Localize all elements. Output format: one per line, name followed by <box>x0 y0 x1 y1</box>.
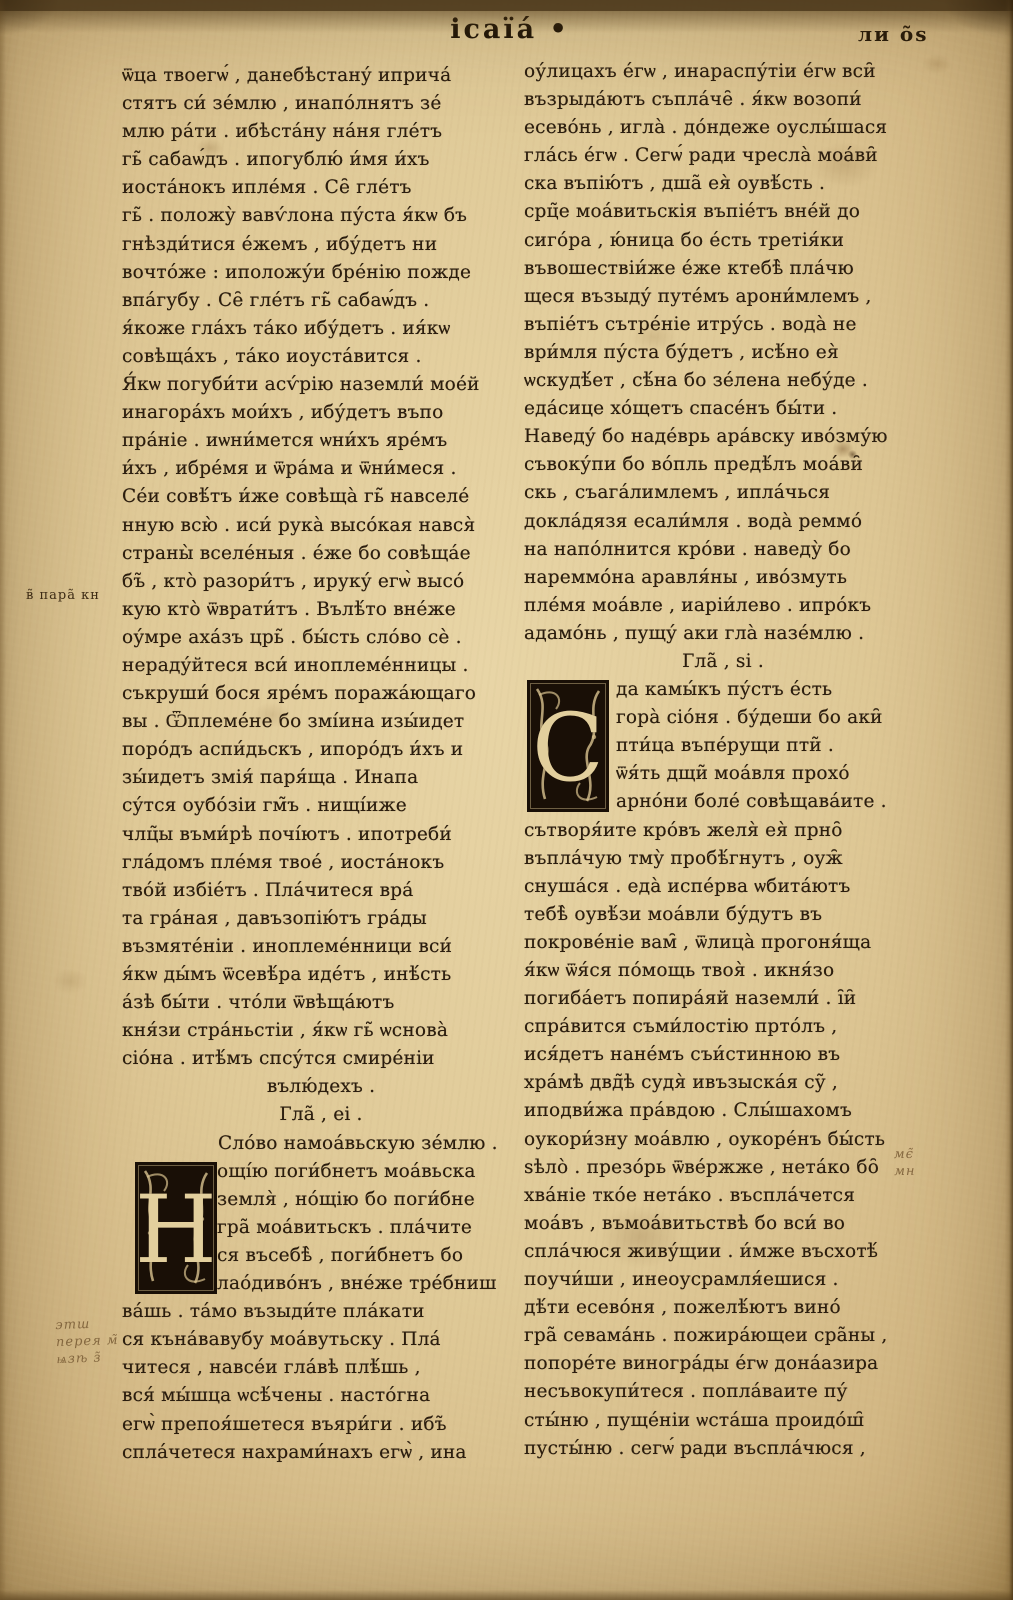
text-line: снуша́ся . еда̀ испе́рва ѡбита́ютъ <box>524 873 922 901</box>
text-line: зы́идетъ змія́ паря́ща . Инапа <box>122 764 520 792</box>
handwritten-note-line: перея м̃ <box>56 1332 119 1351</box>
text-line: пусты́ню . сегѡ́ ради въспла́чюся , <box>524 1435 922 1463</box>
text-line: впа́губу . Се̑ гле́тъ гь̃ сабаѡ́дъ . <box>122 287 520 315</box>
margin-note-handwritten-right: мє̃мн <box>894 1146 916 1180</box>
text-line: дѣ́ти есево́ня , пожелѣ́ютъ вино́ <box>524 1294 922 1322</box>
text-line: пра́ніе . иѡни́мется ѡни́хъ яре́мъ <box>122 427 520 455</box>
margin-note-printed: в̃ пара̃ кн <box>26 588 100 603</box>
text-line: гла́сь е́гѡ . Сегѡ́ ради чресла̀ моа́ви̑ <box>524 142 922 170</box>
paper-stain <box>52 968 88 994</box>
ornamental-initial-С: С <box>526 679 610 813</box>
text-line: сътворя́ите кро́въ желя̀ ея̀ прно̑ <box>524 817 922 845</box>
text-line: на напо́лнится кро́ви . наведу̀ бо <box>524 536 922 564</box>
text-line: въвошествіи́же е́же ктебѣ̀ пла́чю <box>524 255 922 283</box>
paper-stain <box>922 54 952 74</box>
text-line: сты́ню , пуще́ніи ѡста́ша проидо́ш̑ <box>524 1407 922 1435</box>
text-line: ся въсебѣ̀ , поги́бнетъ бо <box>217 1242 520 1270</box>
text-line: Се́и совѣ́тъ и́же совѣща̀ гь̃ навселе́ <box>122 483 520 511</box>
text-line: хра́мѣ двд̃ѣ судя̀ ивъзыска́я су̃ , <box>524 1069 922 1097</box>
text-line: адамо́нь , пущу́ аки гла̀ назе́млю . <box>524 620 922 648</box>
text-line: сиго́ра , ю́ница бо е́сть третія́ки <box>524 227 922 255</box>
text-line: тво́й избіе́тъ . Пла́читеся вра́ <box>122 877 520 905</box>
text-line: совѣща́хъ , та́ко иоуста́вится . <box>122 343 520 371</box>
text-line: ври́мля пу́ста бу́детъ , исѣ́но ея̀ <box>524 339 922 367</box>
text-line: Наведу́ бо наде́врь ара́вску иво́зму́ю <box>524 423 922 451</box>
text-line: щеся възыду́ путе́мъ арони́млемъ , <box>524 283 922 311</box>
text-line: тебѣ̀ оувѣ́зи моа́вли бу́дутъ въ <box>524 901 922 929</box>
right-text-column: оу́лицахъ е́гѡ , инараспу́тіи е́гѡ вси̑в… <box>524 58 922 1463</box>
margin-note-handwritten-left: этшперея м̃ѩзѣ з̃ <box>55 1315 119 1368</box>
text-line: нную всю̀ . иси́ рука̀ высо́кая нався̀ <box>122 512 520 540</box>
text-line: въпла́чую тму̀ пробѣ́гнутъ , оуж̑ <box>524 845 922 873</box>
text-line: читеся , навсе́и гла́вѣ плѣ́шь , <box>122 1354 520 1382</box>
text-line: поучи́ши , инеоусрамля́ешися . <box>524 1266 922 1294</box>
dropcap-lines: ощі́ю поги́бнетъ моа́вьсказемля̀ , но́щі… <box>217 1158 520 1298</box>
text-line: възрыда́ютъ съпла́че̑ . я́кѡ возопи́ <box>524 86 922 114</box>
text-line: егѡ̀ препоя́шетеся въяри́ги . ибъ̃ <box>122 1411 520 1439</box>
text-line: оу́лицахъ е́гѡ , инараспу́тіи е́гѡ вси̑ <box>524 58 922 86</box>
text-line: Сло́во намоа́вьскую зе́млю . <box>122 1130 520 1158</box>
text-line: срц̃е моа́витьскія въпіе́тъ вне́й до <box>524 198 922 226</box>
text-line: лао́диво́нъ , вне́же тре́бниш <box>217 1270 520 1298</box>
text-line: Гла̃ , ѕі . <box>524 648 922 676</box>
text-line: въпіе́тъ сътре́ніе итру́сь . вода̀ не <box>524 311 922 339</box>
ornamental-initial-art: С <box>526 679 610 813</box>
text-line: ся къна́вавубу моа́вутьску . Пла́ <box>122 1326 520 1354</box>
text-line: спла́четеся нахрами́нахъ егѡ̀ , ина <box>122 1439 520 1467</box>
text-line: я́кѡ ѿя́ся по́мощь твоя̀ . икня́зо <box>524 957 922 985</box>
text-line: да камы́къ пу́стъ е́сть <box>616 676 922 704</box>
page-edge-top-shadow <box>0 11 1013 33</box>
dropcap-lines: да камы́къ пу́стъ е́стьгора̀ сіо́ня . бу… <box>616 676 922 816</box>
text-line: гра̃ моа́витьскъ . пла́чите <box>217 1214 520 1242</box>
text-line: еда́сице хо́щетъ спасе́нъ бы́ти . <box>524 395 922 423</box>
text-line: иподви́жа пра́вдою . Слы́шахомъ <box>524 1097 922 1125</box>
text-line: ощі́ю поги́бнетъ моа́вьска <box>217 1158 520 1186</box>
svg-text:С: С <box>532 694 604 803</box>
text-line: я́коже гла́хъ та́ко ибу́детъ . ия́кѡ <box>122 315 520 343</box>
text-line: докла́дязя есали́мля . вода̀ реммо́ <box>524 508 922 536</box>
text-line: Я́кѡ погуби́ти асѵ́рію наземли́ мое́й <box>122 371 520 399</box>
text-line: млю ра́ти . ибѣста́ну на́ня гле́тъ <box>122 118 520 146</box>
text-line: попоре́те виногра́ды е́гѡ дона́азира <box>524 1350 922 1378</box>
text-line: гра̃ севама́нь . пожира́ющеи сра̃ны , <box>524 1322 922 1350</box>
page-edge-left <box>0 0 6 1600</box>
text-line: иоста́нокъ ипле́мя . Се̑ гле́тъ <box>122 174 520 202</box>
text-line: ѕѣло̀ . презо́рь ѿве́ржже , нета́ко бо̑ <box>524 1154 922 1182</box>
page-edge-bottom <box>0 1590 1013 1600</box>
text-line: су́тся оубо́зіи гм̃ъ . нищі́иже <box>122 792 520 820</box>
book-page: ісаїа́ • ли о̃ѕ ѿца твоегѡ́ , данебѣстан… <box>0 0 1013 1600</box>
text-line: поро́дъ аспи́дьскъ , ипоро́дъ и́хъ и <box>122 736 520 764</box>
text-line: та гра́ная , давъзопію́тъ гра́ды <box>122 905 520 933</box>
text-line: Гла̃ , еі . <box>122 1101 520 1129</box>
text-line: бъ̃ , кто̀ разори́тъ , ируку́ егѡ̀ высо́ <box>122 568 520 596</box>
text-line: погиба́етъ попира́яй наземли́ . і̑и̑ <box>524 985 922 1013</box>
text-line: инагора́хъ мои́хъ , ибу́детъ въпо <box>122 399 520 427</box>
text-line: есево́нь , игла̀ . до́ндеже оуслы́шася <box>524 114 922 142</box>
text-line: пти́ца въпе́рущи пти̃ . <box>616 732 922 760</box>
text-line: сіо́на . итѣ́мъ спсу́тся смире́ніи <box>122 1045 520 1073</box>
text-line: нареммо́на аравля́ны , иво́змуть <box>524 564 922 592</box>
text-line: възмяте́ніи . иноплеме́нници вси́ <box>122 933 520 961</box>
text-line: кня́зи стра́ньстіи , я́кѡ гь̃ ѡснова̀ <box>122 1017 520 1045</box>
text-line: вочто́же : иположу́и бре́нію пожде <box>122 259 520 287</box>
text-line: спра́вится съми́лостію прто́лъ , <box>524 1013 922 1041</box>
dropcap-paragraph: Сда камы́къ пу́стъ е́стьгора̀ сіо́ня . б… <box>524 676 922 816</box>
page-edge-top <box>0 0 1013 11</box>
text-line: арно́ни боле́ совѣщава́ите . <box>616 788 922 816</box>
text-line: нераду́йтеся вси́ иноплеме́нницы . <box>122 652 520 680</box>
text-line: я́кѡ ды́мъ ѿсевѣ́ра иде́тъ , инѣ́сть <box>122 961 520 989</box>
text-line: гнѣзди́тися е́жемъ , ибу́детъ ни <box>122 231 520 259</box>
text-line: вы . Ѿплеме́не бо змі́ина изы́идет <box>122 708 520 736</box>
handwritten-note-line: мє̃ <box>894 1146 916 1163</box>
text-line: ѡскудѣ́ет , сѣ́на бо зе́лена небу́де . <box>524 367 922 395</box>
text-line: а́зѣ бы́ти . что́ли ѿвѣща́ютъ <box>122 989 520 1017</box>
text-line: оукори́зну моа́влю , оукоре́нъ бы́сть <box>524 1126 922 1154</box>
text-line: гь̃ . положу̀ вавѵ́лона пу́ста я́кѡ бъ <box>122 202 520 230</box>
handwritten-note-line: ѩзѣ з̃ <box>56 1349 119 1368</box>
text-line: съвоку́пи бо во́пль предѣ́лъ моа́ви̑ <box>524 451 922 479</box>
text-line: члц̃ы въми́рѣ почі́ютъ . ипотреби́ <box>122 821 520 849</box>
text-line: и́хъ , ибре́мя и ѿра́ма и ѿни́меся . <box>122 455 520 483</box>
text-line: стятъ си́ зе́млю , инапо́лнятъ зе́ <box>122 90 520 118</box>
text-line: покрове́ніе вам̑ , ѿлица̀ прогоня́ща <box>524 929 922 957</box>
handwritten-note-line: мн <box>894 1163 916 1180</box>
text-line: ися́детъ нане́мъ съи́стинною въ <box>524 1041 922 1069</box>
left-text-column: ѿца твоегѡ́ , данебѣстану́ иприча́стятъ … <box>122 62 520 1467</box>
text-line: гора̀ сіо́ня . бу́деши бо аки̑ <box>616 704 922 732</box>
text-line: несъвокупи́теся . попла́ваите пу́ <box>524 1378 922 1406</box>
page-edge-right <box>1005 0 1013 1600</box>
ornamental-initial-art: Н <box>134 1161 218 1295</box>
text-line: гь̃ сабаѡ́дъ . ипогублю́ и́мя и́хъ <box>122 146 520 174</box>
text-line: гла́домъ пле́мя твое́ , иоста́нокъ <box>122 849 520 877</box>
page-corner-shadow <box>943 0 1013 40</box>
ornamental-initial-Н: Н <box>134 1161 218 1295</box>
dropcap-paragraph: Нощі́ю поги́бнетъ моа́вьсказемля̀ , но́щ… <box>122 1158 520 1298</box>
text-line: ѿца твоегѡ́ , данебѣстану́ иприча́ <box>122 62 520 90</box>
text-line: съкруши́ бося яре́мъ поража́ющаго <box>122 680 520 708</box>
text-line: вълю́дехъ . <box>122 1073 520 1101</box>
text-line: моа́въ , въмоа́витьствѣ бо вси́ во <box>524 1210 922 1238</box>
text-line: земля̀ , но́щію бо поги́бне <box>217 1186 520 1214</box>
text-line: скь , съага́лимлемъ , ипла́чься <box>524 479 922 507</box>
text-line: вся́ мы́шца ѡсѣ́чены . насто́гна <box>122 1382 520 1410</box>
text-line: кую кто̀ ѿврати́тъ . Вълѣ́то вне́же <box>122 596 520 624</box>
text-line: ва́шь . та́мо възыди́те пла́кати <box>122 1298 520 1326</box>
text-line: страны̀ вселе́ныя . е́же бо совѣща́е <box>122 540 520 568</box>
text-line: ѿя́ть дщи̃ моа́вля прохо́ <box>616 760 922 788</box>
text-line: ска въпію́тъ , дша̃ ея̀ оувѣ́сть . <box>524 170 922 198</box>
text-line: хва́ніе тко́е нета́ко . въспла́чется <box>524 1182 922 1210</box>
text-line: пле́мя моа́вле , иаріи́лево . ипро́къ <box>524 592 922 620</box>
page-corner-shadow <box>0 0 60 36</box>
text-line: спла́чюся живу́щии . и́мже въсхотѣ́ <box>524 1238 922 1266</box>
text-line: оу́мре аха́зъ црь̃ . бы́сть сло́во сѐ . <box>122 624 520 652</box>
svg-text:Н: Н <box>135 1176 217 1285</box>
